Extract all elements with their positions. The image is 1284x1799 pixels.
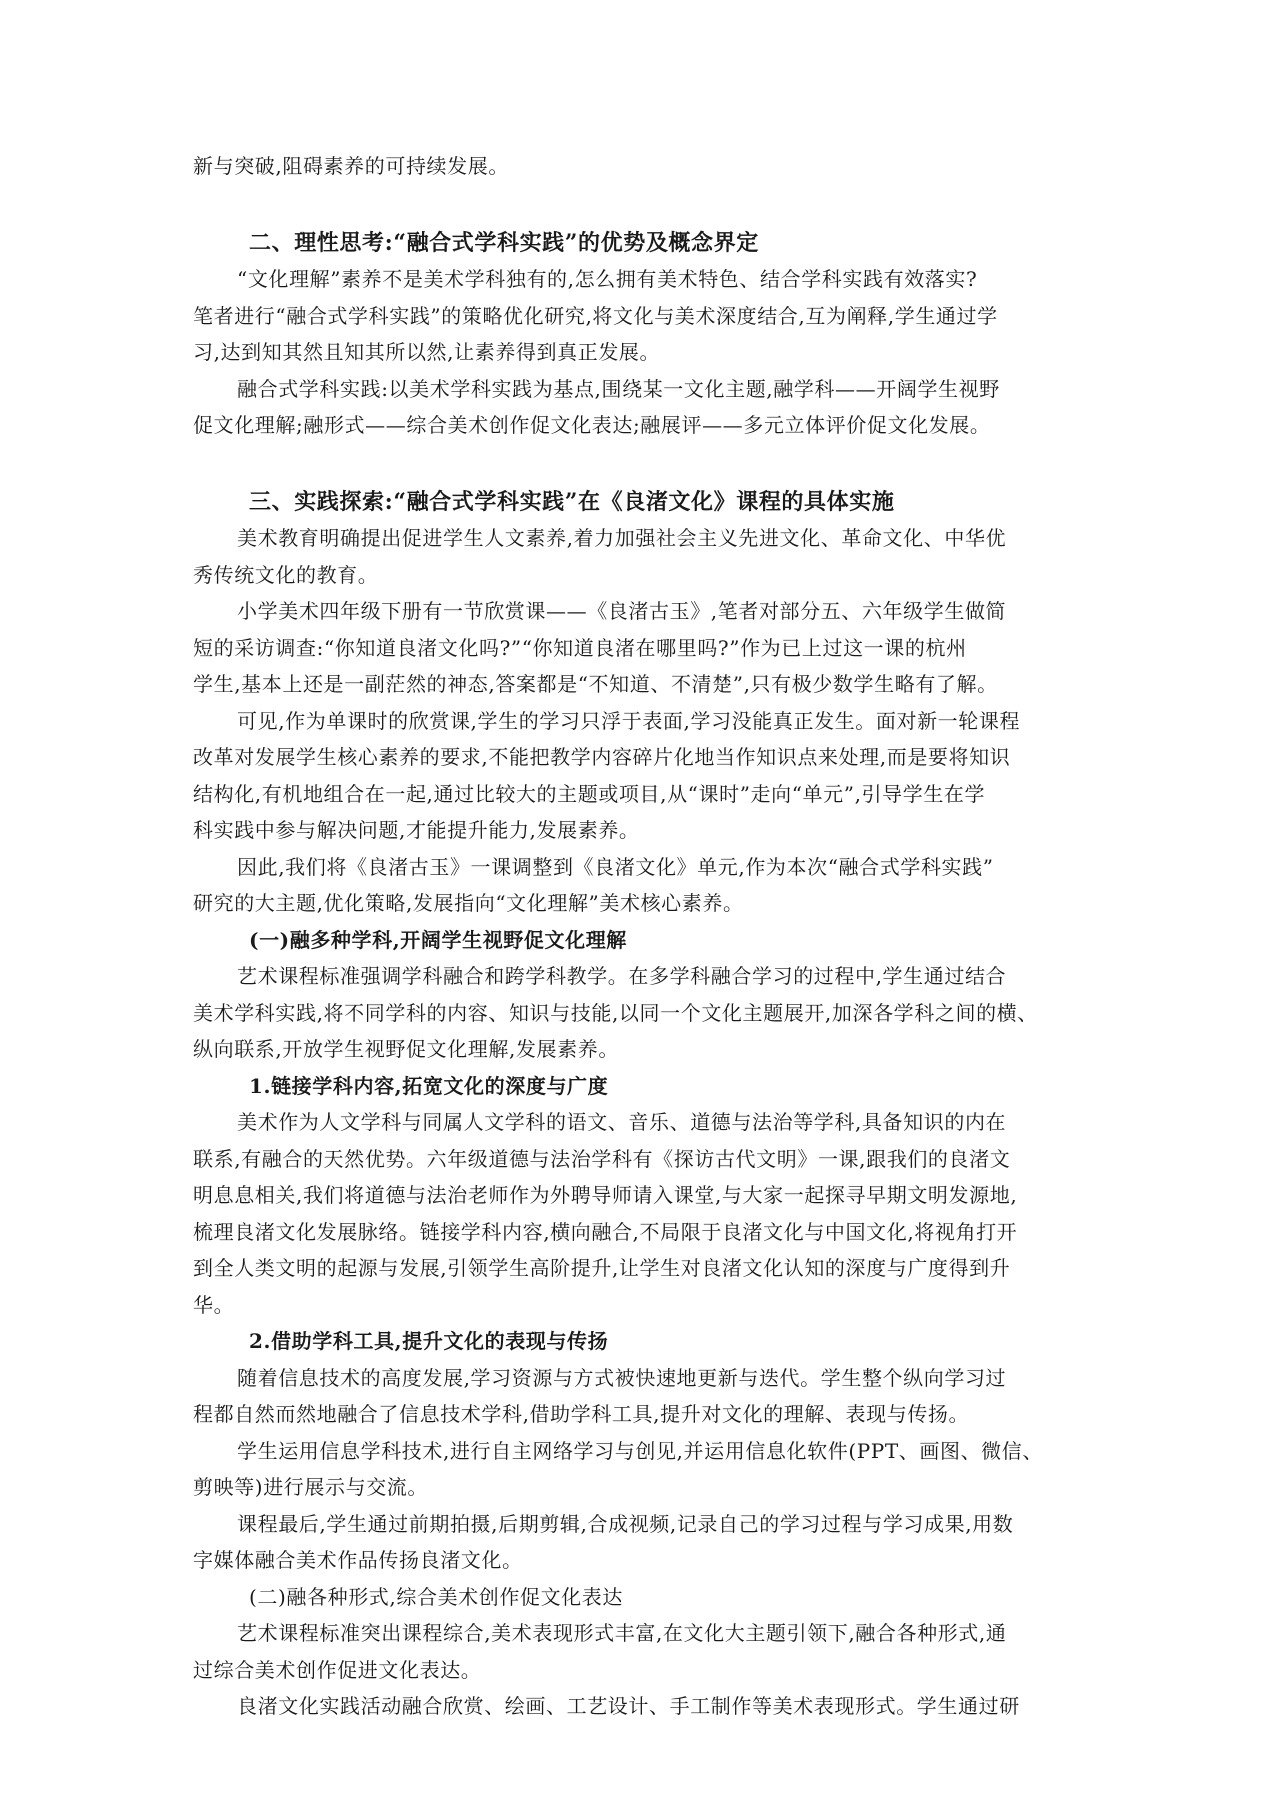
paragraph-line: 可见,作为单课时的欣赏课,学生的学习只浮于表面,学习没能真正发生。面对新一轮课程 <box>193 703 1113 740</box>
paragraph-line: “文化理解”素养不是美术学科独有的,怎么拥有美术特色、结合学科实践有效落实? <box>193 261 1113 298</box>
paragraph-line: 明息息相关,我们将道德与法治老师作为外聘导师请入课堂,与大家一起探寻早期文明发源… <box>193 1177 1113 1214</box>
paragraph-line: 艺术课程标准强调学科融合和跨学科教学。在多学科融合学习的过程中,学生通过结合 <box>193 958 1113 995</box>
subsection-heading-1: (一)融多种学科,开阔学生视野促文化理解 <box>193 922 1113 959</box>
paragraph-line: 美术作为人文学科与同属人文学科的语文、音乐、道德与法治等学科,具备知识的内在 <box>193 1104 1113 1141</box>
paragraph-line: 美术教育明确提出促进学生人文素养,着力加强社会主义先进文化、革命文化、中华优 <box>193 520 1113 557</box>
paragraph-line: 纵向联系,开放学生视野促文化理解,发展素养。 <box>193 1031 1113 1068</box>
paragraph-line: 课程最后,学生通过前期拍摄,后期剪辑,合成视频,记录自己的学习过程与学习成果,用… <box>193 1506 1113 1543</box>
section-heading-2: 二、理性思考:“融合式学科实践”的优势及概念界定 <box>193 225 1113 262</box>
paragraph-line: 短的采访调查:“你知道良渚文化吗?”“你知道良渚在哪里吗?”作为已上过这一课的杭… <box>193 630 1113 667</box>
paragraph-line: 艺术课程标准突出课程综合,美术表现形式丰富,在文化大主题引领下,融合各种形式,通 <box>193 1615 1113 1652</box>
paragraph-line: 良渚文化实践活动融合欣赏、绘画、工艺设计、手工制作等美术表现形式。学生通过研 <box>193 1688 1113 1725</box>
paragraph-line: 剪映等)进行展示与交流。 <box>193 1469 1113 1506</box>
paragraph-line: 美术学科实践,将不同学科的内容、知识与技能,以同一个文化主题展开,加深各学科之间… <box>193 995 1113 1032</box>
paragraph-line: 学生,基本上还是一副茫然的神态,答案都是“不知道、不清楚”,只有极少数学生略有了… <box>193 666 1113 703</box>
paragraph-line: 过综合美术创作促进文化表达。 <box>193 1652 1113 1689</box>
paragraph-line: 秀传统文化的教育。 <box>193 557 1113 594</box>
paragraph-line: 随着信息技术的高度发展,学习资源与方式被快速地更新与迭代。学生整个纵向学习过 <box>193 1360 1113 1397</box>
paragraph-line: 学生运用信息学科技术,进行自主网络学习与创见,并运用信息化软件(PPT、画图、微… <box>193 1433 1113 1470</box>
section-heading-3: 三、实践探索:“融合式学科实践”在《良渚文化》课程的具体实施 <box>193 484 1113 521</box>
paragraph-line: 科实践中参与解决问题,才能提升能力,发展素养。 <box>193 812 1113 849</box>
paragraph-line: 到全人类文明的起源与发展,引领学生高阶提升,让学生对良渚文化认知的深度与广度得到… <box>193 1250 1113 1287</box>
paragraph-line: 字媒体融合美术作品传扬良渚文化。 <box>193 1542 1113 1579</box>
paragraph-line: 因此,我们将《良渚古玉》一课调整到《良渚文化》单元,作为本次“融合式学科实践” <box>193 849 1113 886</box>
paragraph-line: 联系,有融合的天然优势。六年级道德与法治学科有《探访古代文明》一课,跟我们的良渚… <box>193 1141 1113 1178</box>
paragraph-line: 梳理良渚文化发展脉络。链接学科内容,横向融合,不局限于良渚文化与中国文化,将视角… <box>193 1214 1113 1251</box>
paragraph-line: 促文化理解;融形式——综合美术创作促文化表达;融展评——多元立体评价促文化发展。 <box>193 407 1113 444</box>
document-page: 新与突破,阻碍素养的可持续发展。 二、理性思考:“融合式学科实践”的优势及概念界… <box>193 148 1113 1725</box>
paragraph-line: 小学美术四年级下册有一节欣赏课——《良渚古玉》,笔者对部分五、六年级学生做简 <box>193 593 1113 630</box>
paragraph-line: 改革对发展学生核心素养的要求,不能把教学内容碎片化地当作知识点来处理,而是要将知… <box>193 739 1113 776</box>
sub-item-heading-1: 1.链接学科内容,拓宽文化的深度与广度 <box>193 1068 1113 1105</box>
subsection-heading-2: (二)融各种形式,综合美术创作促文化表达 <box>193 1579 1113 1616</box>
paragraph-line: 结构化,有机地组合在一起,通过比较大的主题或项目,从“课时”走向“单元”,引导学… <box>193 776 1113 813</box>
paragraph-line: 笔者进行“融合式学科实践”的策略优化研究,将文化与美术深度结合,互为阐释,学生通… <box>193 298 1113 335</box>
paragraph-line: 新与突破,阻碍素养的可持续发展。 <box>193 148 1113 185</box>
sub-item-heading-2: 2.借助学科工具,提升文化的表现与传扬 <box>193 1323 1113 1360</box>
paragraph-line: 研究的大主题,优化策略,发展指向“文化理解”美术核心素养。 <box>193 885 1113 922</box>
paragraph-line: 程都自然而然地融合了信息技术学科,借助学科工具,提升对文化的理解、表现与传扬。 <box>193 1396 1113 1433</box>
paragraph-line: 习,达到知其然且知其所以然,让素养得到真正发展。 <box>193 334 1113 371</box>
paragraph-line: 融合式学科实践:以美术学科实践为基点,围绕某一文化主题,融学科——开阔学生视野 <box>193 371 1113 408</box>
paragraph-line: 华。 <box>193 1287 1113 1324</box>
